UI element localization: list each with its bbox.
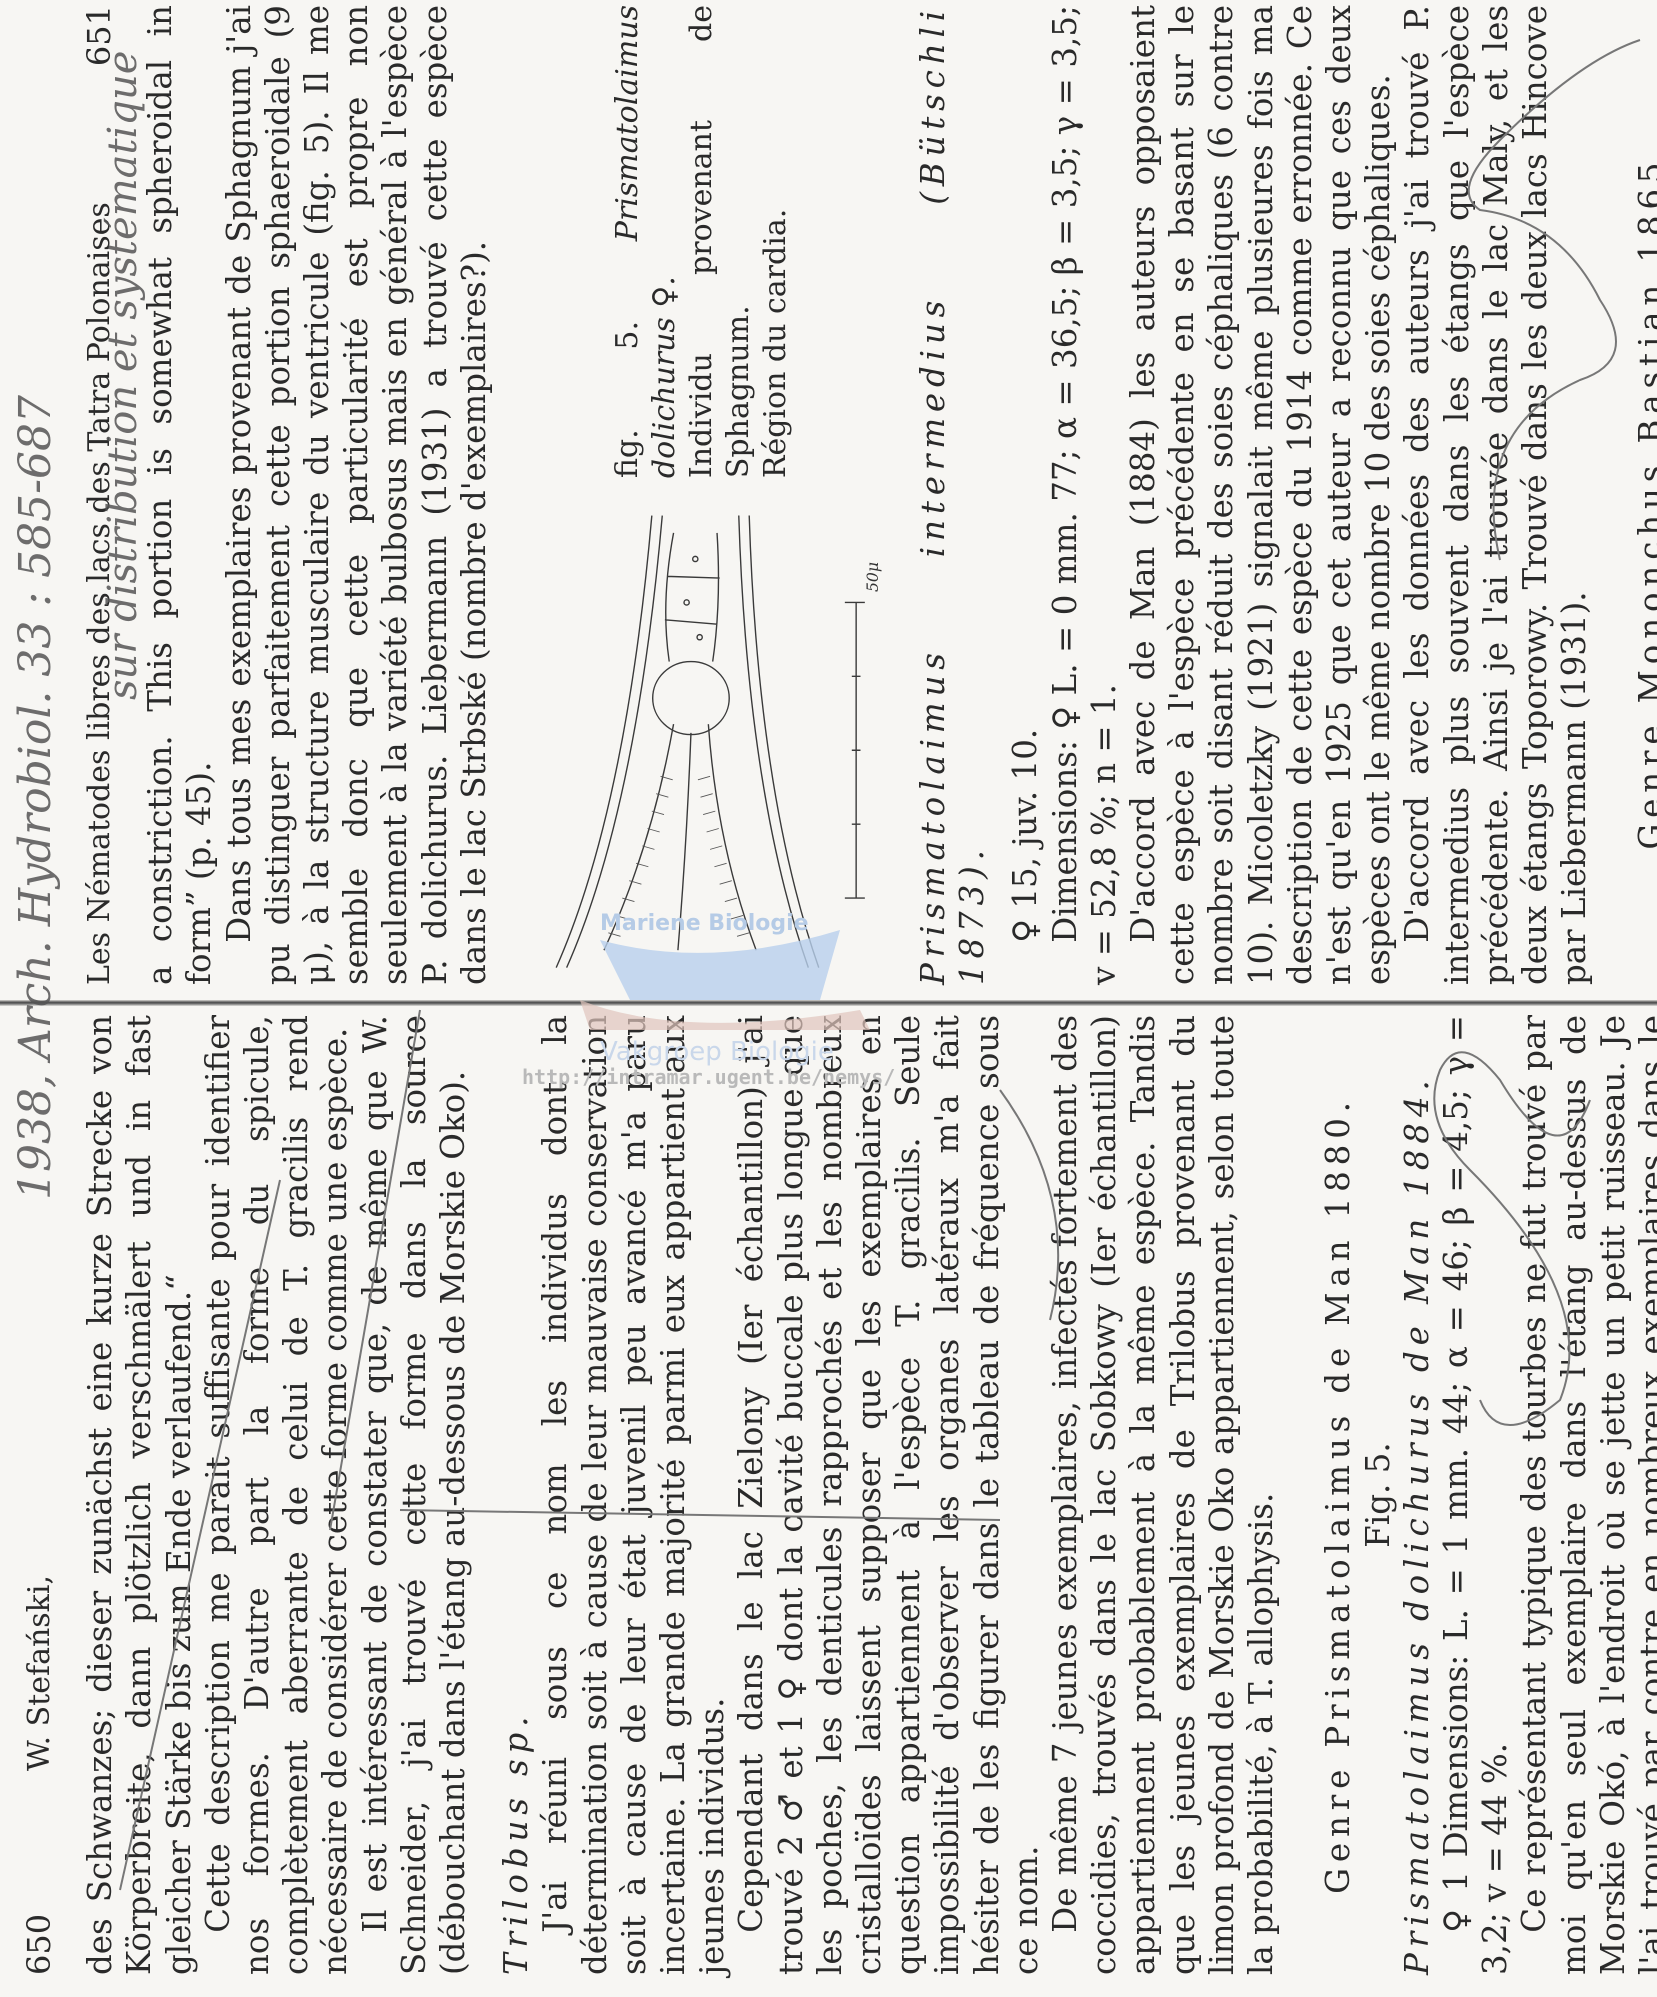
handwritten-margin-note: sur distribution et systématique [100, 51, 146, 700]
figure-caption-line: Individu provenant de Sphagnum. [683, 5, 757, 478]
paragraph: J'ai réuni sous ce nom les individus don… [536, 1015, 732, 1975]
paragraph: Ce représentant typique des tourbes ne f… [1515, 1015, 1657, 1975]
species-heading: Prismatolaimus intermedius (Bütschli 187… [914, 5, 992, 985]
nematode-cardia-drawing: 50μ [494, 498, 914, 985]
scale-bar-label: 50μ [863, 562, 882, 592]
paragraph: D'accord avec de Man (1884) les auteurs … [1124, 5, 1398, 985]
handwritten-reference: 1938, Arch. Hydrobiol. 33 : 585-687 [10, 395, 61, 1200]
dimensions: Dimensions: ♀ L. = 0 mm. 77; α = 36,5; β… [1046, 5, 1124, 985]
species-heading: Prismatolaimus dolichurus de Man 1884. [1398, 1015, 1437, 1975]
paragraph: Il est intéressant de constater que, de … [356, 1015, 474, 1975]
paragraph: D'accord avec les données des auteurs j'… [1398, 5, 1594, 985]
page-650: 650 W. Stefański, des Schwanzes; dieser … [20, 1015, 1620, 1975]
genus-heading: Genre Prismatolaimus de Man 1880. [1319, 1015, 1358, 1975]
genus-heading: Genre Mononchus Bastian 1865. [1632, 5, 1657, 985]
paragraph: Cependant dans le lac Zielony (Ier échan… [732, 1015, 1046, 1975]
paragraph: Dans tous mes exemplaires provenant de S… [220, 5, 494, 985]
figure-5: 50μ fig. 5. Prismatolaimus dolichurus ♀.… [494, 5, 914, 985]
dimensions: ♀ 1 Dimensions: L. = 1 mm. 44; α = 46; β… [1437, 1015, 1515, 1975]
paragraph: des Schwanzes; dieser zunächst eine kurz… [81, 1015, 199, 1975]
species-heading: Trilobus sp. [497, 1015, 536, 1975]
paragraph: Cette description me parait suffisante p… [199, 1015, 356, 1975]
paragraph: De même 7 jeunes exemplaires, infectés f… [1046, 1015, 1281, 1975]
page-number: 650 [20, 1914, 59, 1975]
figure-label: fig. 5. [610, 321, 645, 478]
book-spine-gutter [0, 1000, 1657, 1006]
paragraph: a constriction. This portion is somewhat… [141, 5, 219, 985]
sample-count: ♀ 15, juv. 10. [1006, 5, 1045, 985]
running-head-author: W. Stefański, [20, 1575, 59, 1771]
figure-reference: Fig. 5. [1359, 1015, 1398, 1975]
page-651: Les Nématodes libres des lacs des Tatra … [80, 5, 1640, 985]
figure-caption: fig. 5. Prismatolaimus dolichurus ♀. Ind… [609, 5, 794, 478]
figure-caption-line: Région du cardia. [757, 5, 794, 478]
watermark-url: http://intramar.ugent.be/nemys/ [522, 1065, 895, 1089]
